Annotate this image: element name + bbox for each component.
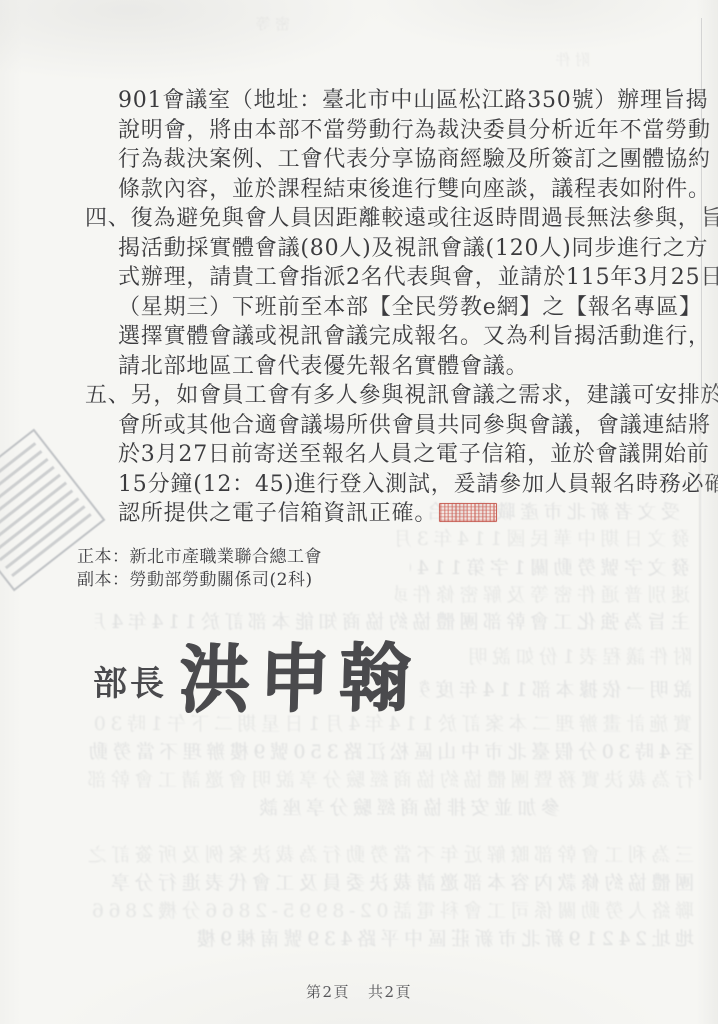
paragraph-item5: 五、另，如會員工會有多人參與視訊會議之需求，建議可安排於 會所或其他合適會議場所… [0, 381, 718, 529]
copies-block: 正本：新北市產職業聯合總工會 副本：勞動部勞動關係司(2科) [77, 546, 322, 591]
body-line: 於3月27日前寄送至報名人員之電子信箱，並於會議開始前 [118, 440, 718, 470]
body-line: 條款內容，並於課程結束後進行雙向座談，議程表如附件。 [118, 175, 718, 205]
body-line: 四、復為避免與會人員因距離較遠或往返時間過長無法參與，旨 [85, 204, 718, 234]
page-number: 第2頁 [306, 983, 350, 1001]
minister-title: 部長 [93, 656, 167, 705]
bleedthrough-line: 參加並安排協商經驗分享座談 [170, 796, 560, 820]
page-footer: 第2頁共2頁 [0, 981, 718, 1002]
bleedthrough-line: 密等 [150, 12, 290, 36]
bleedthrough-line: 聯絡人勞動關係司工會科電話02-8995-2866分機2866 [82, 899, 694, 923]
body-line: 五、另，如會員工會有多人參與視訊會議之需求，建議可安排於 [85, 381, 718, 411]
bleedthrough-line: 速別普通件密等及解密條件或保密期限 [395, 583, 690, 607]
body-line: 請北部地區工會代表優先報名實體會議。 [118, 352, 718, 382]
bleedthrough-line: 地址24219新北市新莊區中平路439號南棟9樓 [82, 927, 694, 951]
cc-recipient-line: 副本：勞動部勞動關係司(2科) [77, 569, 322, 592]
bleedthrough-line: 附件 [430, 48, 590, 72]
minister-signature-name: 洪申翰 [178, 619, 421, 727]
body-line-text: 認所提供之電子信箱資訊正確。 [118, 501, 437, 526]
body-line: 認所提供之電子信箱資訊正確。 [118, 499, 718, 529]
body-line: 說明會，將由本部不當勞動行為裁決委員分析近年不當勞動 [118, 116, 718, 146]
bleedthrough-line: 附件議程表1份如說明 [430, 645, 692, 669]
body-line: 式辦理，請貴工會指派2名代表與會，並請於115年3月25日 [118, 263, 718, 293]
bleedthrough-line: 說明一依據本部114年度勞工教育 [420, 678, 692, 702]
original-recipient-line: 正本：新北市產職業聯合總工會 [77, 546, 322, 569]
body-line: 901會議室（地址：臺北市中山區松江路350號）辦理旨揭 [118, 86, 718, 116]
page-total: 共2頁 [368, 983, 412, 1001]
body-line: （星期三）下班前至本部【全民勞教e網】之【報名專區】 [118, 293, 718, 323]
bleedthrough-line: 三為利工會幹部瞭解近年不當勞動行為裁決案例及所簽訂之 [62, 843, 694, 867]
paragraph-item3-continuation: 901會議室（地址：臺北市中山區松江路350號）辦理旨揭 說明會，將由本部不當勞… [0, 86, 718, 204]
bleedthrough-line: 團體協約條款內容本部邀請裁決委員及工會代表進行分享 [82, 871, 694, 895]
body-line: 行為裁決案例、工會代表分享協商經驗及所簽訂之團體協約 [118, 145, 718, 175]
body-line: 會所或其他合適會議場所供會員共同參與會議，會議連結將 [118, 411, 718, 441]
bleedthrough-line: 發文日期中華民國114年3月17日 [390, 527, 690, 551]
body-line: 選擇實體會議或視訊會議完成報名。又為利旨揭活動進行， [118, 322, 718, 352]
signature-block: 部長 洪申翰 [93, 622, 419, 724]
red-verification-stamp [439, 503, 497, 522]
paragraph-item4: 四、復為避免與會人員因距離較遠或往返時間過長無法參與，旨 揭活動採實體會議(80… [0, 204, 718, 381]
bleedthrough-line: 行為裁決實務暨團體協約協商經驗分享說明會邀請工會幹部 [82, 768, 694, 792]
scanned-official-letter-page-2: 密等 附件 受文者新北市產職業聯合總工會 發文日期中華民國114年3月17日 發… [0, 0, 718, 1024]
bleedthrough-line: 至4時30分假臺北市中山區松江路350號9樓辦理不當勞動 [82, 740, 694, 764]
letter-body: 901會議室（地址：臺北市中山區松江路350號）辦理旨揭 說明會，將由本部不當勞… [0, 86, 718, 529]
body-line: 15分鐘(12：45)進行登入測試，爰請參加人員報名時務必確 [118, 470, 718, 500]
body-line: 揭活動採實體會議(80人)及視訊會議(120人)同步進行之方 [118, 234, 718, 264]
bleedthrough-line: 發文字號勞動關1字第1140125000號 [410, 556, 690, 580]
